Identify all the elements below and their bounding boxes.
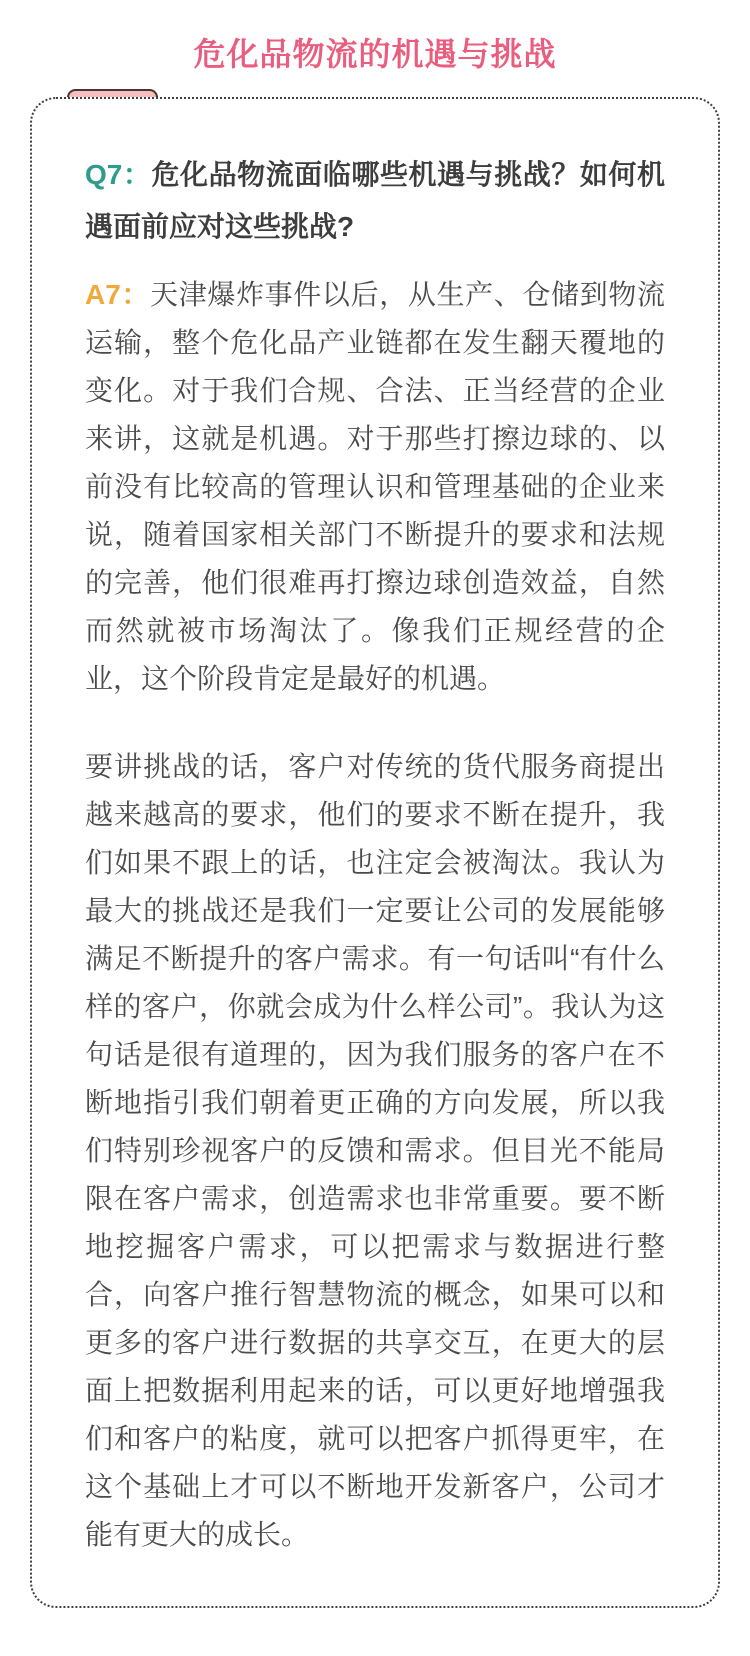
answer-paragraph-1: A7：天津爆炸事件以后，从生产、仓储到物流运输，整个危化品产业链都在发生翻天覆地… xyxy=(85,271,665,703)
question-text: 危化品物流面临哪些机遇与挑战？如何机遇面前应对这些挑战? xyxy=(85,159,665,242)
question-label: Q7： xyxy=(85,159,151,190)
page-title: 危化品物流的机遇与挑战 xyxy=(0,0,750,75)
answer-block: A7：天津爆炸事件以后，从生产、仓储到物流运输，整个危化品产业链都在发生翻天覆地… xyxy=(85,271,665,1559)
question-block: Q7：危化品物流面临哪些机遇与挑战？如何机遇面前应对这些挑战? xyxy=(85,149,665,253)
answer-paragraph-2: 要讲挑战的话，客户对传统的货代服务商提出越来越高的要求，他们的要求不断在提升，我… xyxy=(85,743,665,1559)
answer-paragraph-1-text: 天津爆炸事件以后，从生产、仓储到物流运输，整个危化品产业链都在发生翻天覆地的变化… xyxy=(85,279,665,694)
answer-label: A7： xyxy=(85,279,150,310)
qa-card: Q7：危化品物流面临哪些机遇与挑战？如何机遇面前应对这些挑战? A7：天津爆炸事… xyxy=(30,97,720,1608)
article-page: 危化品物流的机遇与挑战 Q7：危化品物流面临哪些机遇与挑战？如何机遇面前应对这些… xyxy=(0,0,750,1656)
